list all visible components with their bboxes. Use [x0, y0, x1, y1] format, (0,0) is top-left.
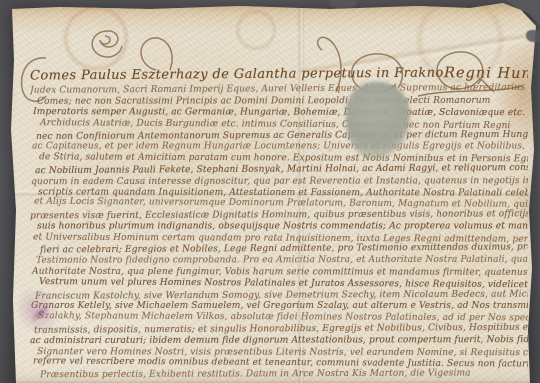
manuscript-text-line: Testimonio Nostro fidedigno comprobanda.… — [30, 255, 528, 267]
manuscript-text-line: Imperatoris semper Augusti, ac Germaniæ,… — [30, 107, 528, 119]
manuscript-text-line: ac Capitaneus, et per idem Regnum Hungar… — [30, 141, 528, 152]
manuscript-lines: Judex Cumanorum, Sacri Romani Imperij Eq… — [30, 85, 528, 381]
purple-ink-smudge-core — [28, 301, 54, 325]
manuscript-text-line: suis honoribus plurimum indignandis, obs… — [30, 221, 528, 232]
torn-edge-chip-top — [330, 0, 356, 8]
manuscript-text-line: Præsentibus perlectis, Exhibenti restitu… — [30, 368, 528, 381]
manuscript-text-block: Comes Paulus Eszterhazy de Galantha perp… — [30, 52, 528, 383]
photo-background: Comes Paulus Eszterhazy de Galantha perp… — [0, 0, 540, 383]
heading-titulature: Comes Paulus Eszterhazy de Galantha perp… — [30, 66, 444, 82]
manuscript-text-line: ac Nobilium Joannis Pauli Fekete, Stepha… — [30, 163, 528, 178]
manuscript-text-line: ac administrari curaturi; ibidem demum f… — [30, 335, 528, 347]
torn-edge-chip-right — [526, 30, 540, 42]
manuscript-heading: Comes Paulus Eszterhazy de Galantha perp… — [30, 52, 528, 82]
heading-palatinus-title: Regni Hungæ Palatinus — [444, 65, 528, 82]
manuscript-paper: Comes Paulus Eszterhazy de Galantha perp… — [0, 0, 540, 383]
